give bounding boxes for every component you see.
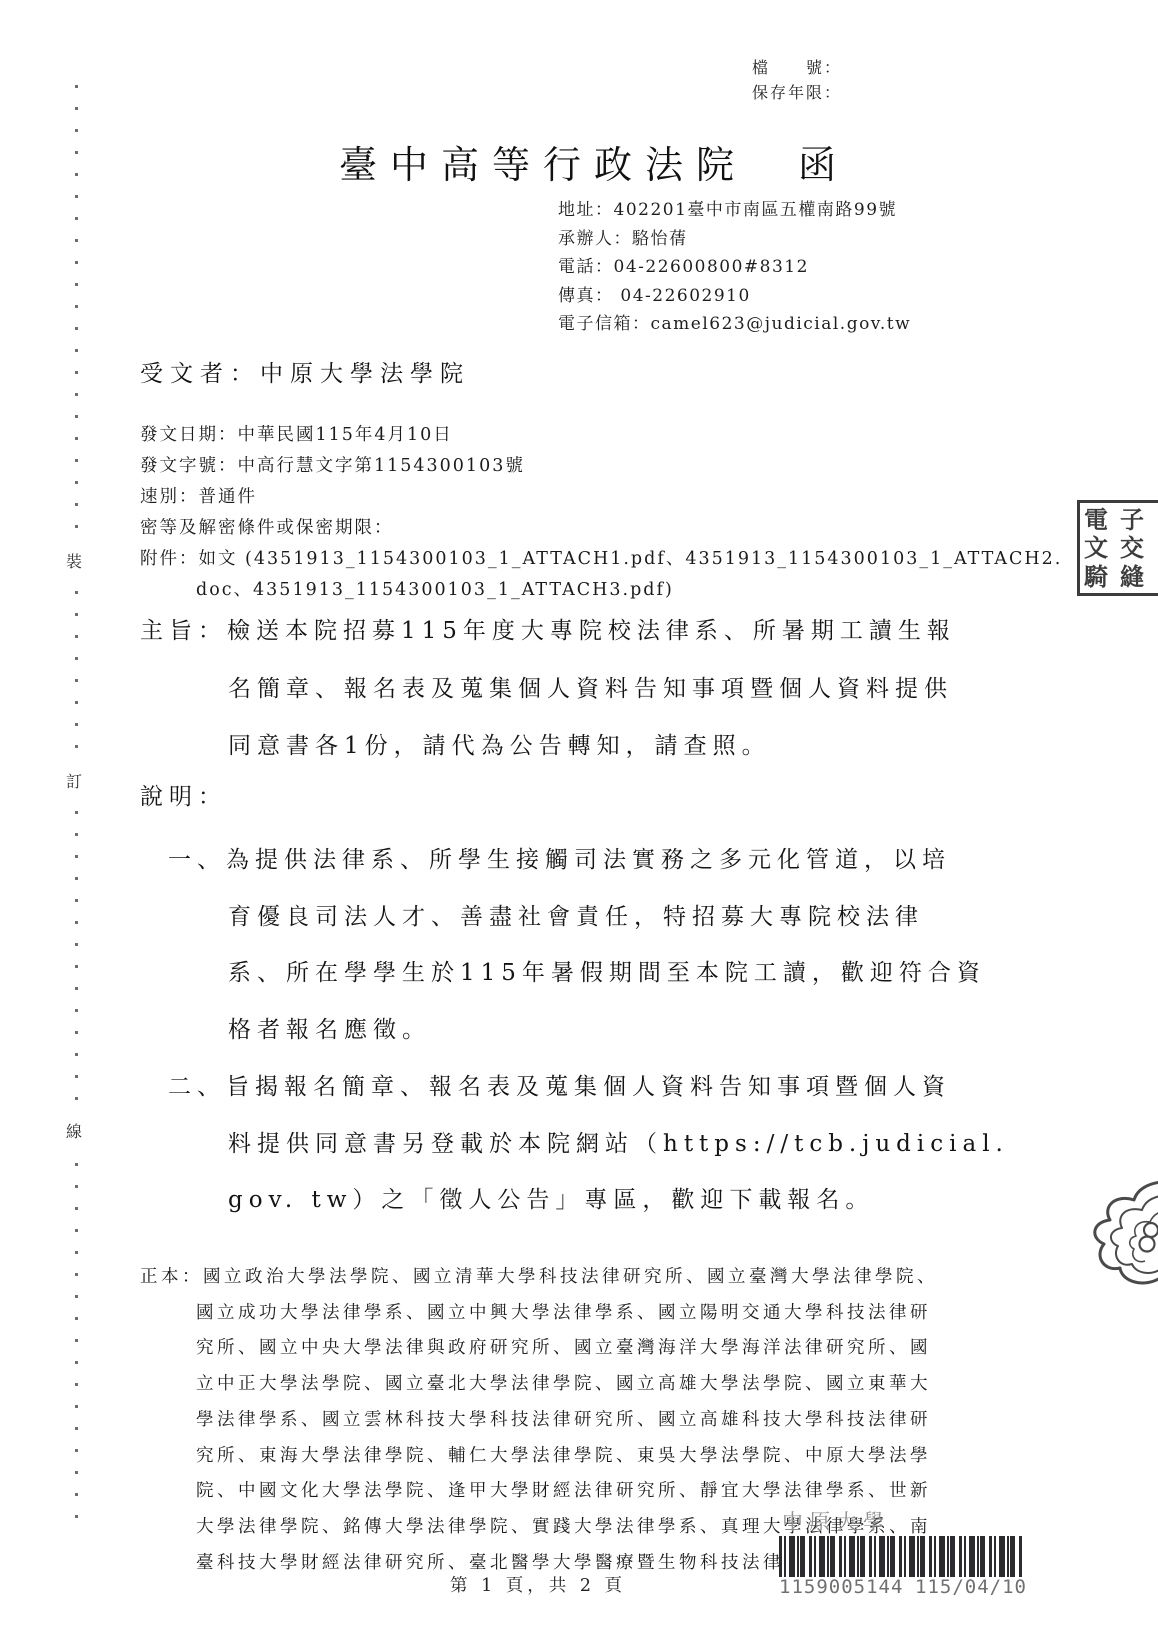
exchange-stamp-row: 文交 [1084,534,1156,561]
doc-number-line: 發文字號：中高行慧文字第1154300103號 [140,451,1062,482]
item1-line: 一、為提供法律系、所學生接觸司法實務之多元化管道，以培 [168,832,986,889]
explanation-item-1: 一、為提供法律系、所學生接觸司法實務之多元化管道，以培 育優良司法人才、善盡社會… [168,832,986,1058]
security-line: 密等及解密條件或保密期限： [140,513,1062,544]
binding-dotted-line [75,85,78,1525]
page-number-footer: 第 1 頁，共 2 頁 [450,1572,626,1597]
contact-address: 地址：402201臺中市南區五權南路99號 [558,196,911,225]
barcode-number: 1159005144 [779,1576,903,1598]
exchange-stamp-row: 電子 [1084,506,1156,533]
barcode-date: 115/04/10 [915,1576,1027,1598]
contact-fax: 傳真： 04-22602910 [558,282,911,311]
contact-block: 地址：402201臺中市南區五權南路99號 承辦人：駱怡蒨 電話：04-2260… [558,196,911,339]
document-title: 臺中高等行政法院 函 [0,134,1158,189]
recipients-line: 國立成功大學法律學系、國立中興大學法律學系、國立陽明交通大學科技法律研 [196,1296,938,1332]
recipients-line: 學法律學系、國立雲林科技大學科技法律研究所、國立高雄科技大學科技法律研 [196,1403,938,1439]
explanation-label: 說明： [140,778,227,811]
speed-line: 速別：普通件 [140,482,1062,513]
item2-line: gov. tw）之「徵人公告」專區，歡迎下載報名。 [228,1172,1009,1229]
archive-number-label: 檔 號： [752,55,842,80]
subject-line: 名簡章、報名表及蒐集個人資料告知事項暨個人資料提供 [228,661,956,719]
meta-block: 發文日期：中華民國115年4月10日 發文字號：中高行慧文字第115430010… [140,420,1062,606]
item1-line: 育優良司法人才、善盡社會責任，特招募大專院校法律 [228,889,986,946]
retention-period-label: 保存年限： [752,80,842,105]
recipients-line: 正本：國立政治大學法學院、國立清華大學科技法律研究所、國立臺灣大學法律學院、 [140,1260,938,1296]
recipient-line: 受文者：中原大學法學院 [140,355,470,388]
subject-line: 同意書各1份，請代為公告轉知，請查照。 [228,718,956,776]
binding-mark-xian: 線 [66,1116,82,1145]
contact-phone: 電話：04-22600800#8312 [558,253,911,282]
subject-paragraph: 主旨：檢送本院招募115年度大專院校法律系、所暑期工讀生報 名簡章、報名表及蒐集… [140,603,956,776]
item2-line: 二、旨揭報名簡章、報名表及蒐集個人資料告知事項暨個人資 [168,1059,1009,1116]
recipients-line: 院、中國文化大學法學院、逢甲大學財經法律研究所、靜宜大學法律學系、世新 [196,1474,938,1510]
contact-email: 電子信箱：camel623@judicial.gov.tw [558,310,911,339]
issue-date-line: 發文日期：中華民國115年4月10日 [140,420,1062,451]
barcode-caption: 1159005144 115/04/10 [779,1576,1027,1598]
recipients-line: 究所、國立中央大學法律與政府研究所、國立臺灣海洋大學海洋法律研究所、國 [196,1331,938,1367]
university-receipt-stamp: 中原大學 [782,1506,890,1536]
document-page: 檔 號： 保存年限： 臺中高等行政法院 函 地址：402201臺中市南區五權南路… [0,0,1158,1649]
item2-line: 料提供同意書另登載於本院網站（https://tcb.judicial. [228,1116,1009,1173]
subject-line: 主旨：檢送本院招募115年度大專院校法律系、所暑期工讀生報 [140,603,956,661]
barcode-image [779,1536,1022,1577]
binding-mark-ding: 訂 [66,766,82,795]
embossed-seal-graphic [1072,1178,1158,1288]
electronic-exchange-stamp: 電子 文交 騎縫 [1077,500,1158,596]
attachment-line-cont: doc、4351913_1154300103_1_ATTACH3.pdf) [196,575,1062,606]
item1-line: 系、所在學學生於115年暑假期間至本院工讀，歡迎符合資 [228,945,986,1002]
recipients-line: 立中正大學法學院、國立臺北大學法律學院、國立高雄大學法學院、國立東華大 [196,1367,938,1403]
file-info-block: 檔 號： 保存年限： [752,55,842,105]
explanation-item-2: 二、旨揭報名簡章、報名表及蒐集個人資料告知事項暨個人資 料提供同意書另登載於本院… [168,1059,1009,1229]
item1-line: 格者報名應徵。 [228,1002,986,1059]
contact-handler: 承辦人：駱怡蒨 [558,225,911,254]
recipients-line: 究所、東海大學法律學院、輔仁大學法律學院、東吳大學法學院、中原大學法學 [196,1439,938,1475]
exchange-stamp-row: 騎縫 [1084,563,1156,590]
binding-mark-zhuang: 裝 [66,546,82,575]
attachment-line: 附件：如文 (4351913_1154300103_1_ATTACH1.pdf、… [140,544,1062,575]
